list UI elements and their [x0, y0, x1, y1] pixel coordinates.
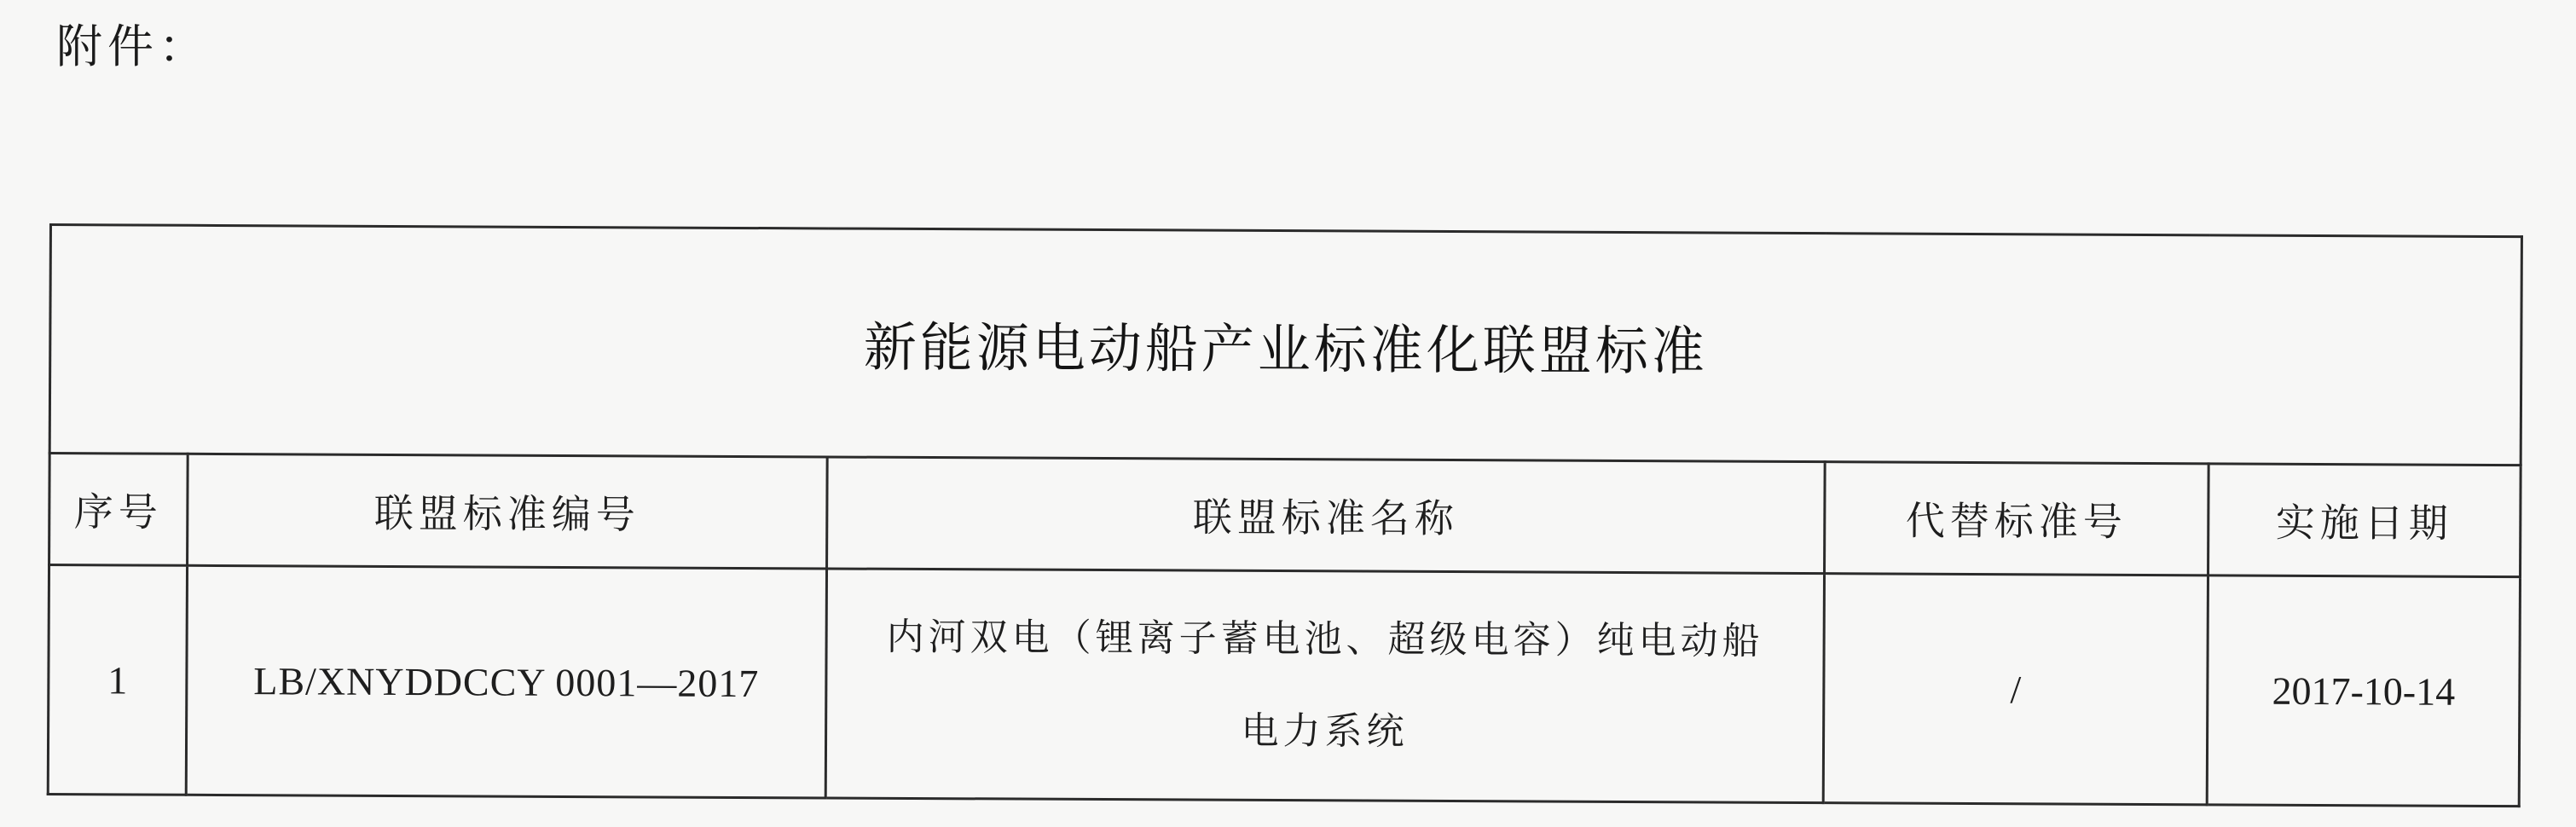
standard-name-line-2: 电力系统 — [827, 683, 1823, 780]
table-title: 新能源电动船产业标准化联盟标准 — [49, 225, 2521, 466]
column-header-code: 联盟标准编号 — [188, 454, 828, 569]
column-header-name: 联盟标准名称 — [827, 457, 1826, 574]
cell-standard-code: LB/XNYDDCCY 0001—2017 — [186, 565, 826, 798]
standards-table: 新能源电动船产业标准化联盟标准 序号 联盟标准编号 联盟标准名称 代替标准号 实… — [47, 223, 2523, 807]
table-row: 1 LB/XNYDDCCY 0001—2017 内河双电（锂离子蓄电池、超级电容… — [48, 565, 2520, 807]
cell-replaces: / — [1823, 574, 2208, 805]
table-title-row: 新能源电动船产业标准化联盟标准 — [49, 225, 2521, 466]
cell-effective-date: 2017-10-14 — [2207, 575, 2520, 807]
cell-index: 1 — [48, 565, 187, 795]
column-header-effective-date: 实施日期 — [2208, 464, 2521, 577]
table-header-row: 序号 联盟标准编号 联盟标准名称 代替标准号 实施日期 — [49, 454, 2521, 577]
standard-name-line-1: 内河双电（锂离子蓄电池、超级电容）纯电动船 — [827, 591, 1823, 688]
column-header-index: 序号 — [49, 454, 188, 566]
column-header-replaces: 代替标准号 — [1825, 462, 2209, 575]
cell-standard-name: 内河双电（锂离子蓄电池、超级电容）纯电动船 电力系统 — [825, 569, 1824, 803]
attachment-label: 附件： — [56, 17, 210, 77]
